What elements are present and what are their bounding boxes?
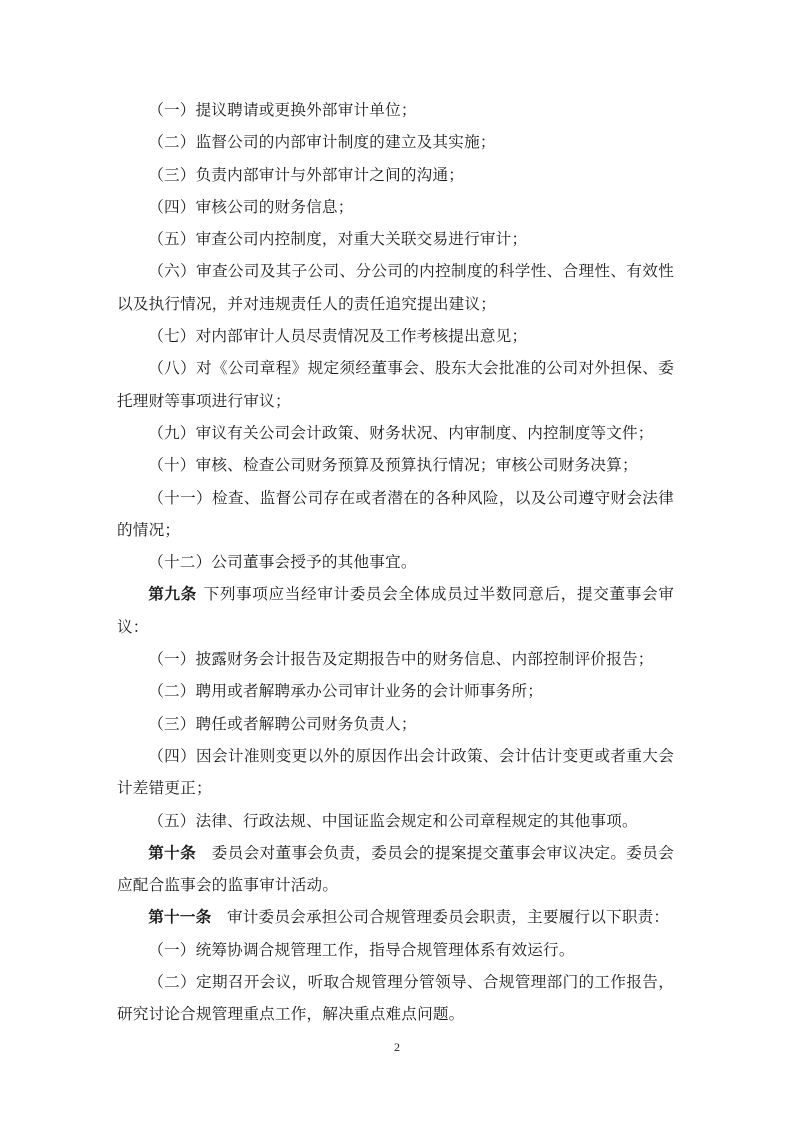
paragraph-text: 审计委员会承担公司合规管理委员会职责，主要履行以下职责： [227, 908, 669, 926]
list-item-4: （四）因会计准则变更以外的原因作出会计政策、会计估计变更或者重大会计差错更正； [117, 740, 674, 805]
paragraph-text: （二）监督公司的内部审计制度的建立及其实施； [148, 133, 495, 151]
paragraph-text: （三）负责内部审计与外部审计之间的沟通； [148, 166, 464, 184]
article-heading: 第十一条 [148, 908, 211, 926]
paragraph-text: （一）披露财务会计报告及定期报告中的财务信息、内部控制评价报告； [148, 650, 653, 668]
paragraph-text: （四）因会计准则变更以外的原因作出会计政策、会计估计变更或者重大会计差错更正； [117, 747, 674, 797]
list-item-4: （四）审核公司的财务信息； [117, 191, 674, 223]
list-item-8: （八）对《公司章程》规定须经董事会、股东大会批准的公司对外担保、委托理财等事项进… [117, 352, 674, 417]
page-number: 2 [0, 1040, 794, 1055]
paragraph-text: （十一）检查、监督公司存在或者潜在的各种风险，以及公司遵守财会法律的情况； [117, 489, 674, 539]
paragraph-text: 下列事项应当经审计委员会全体成员过半数同意后，提交董事会审议： [117, 585, 674, 635]
paragraph-text: （五）审查公司内控制度，对重大关联交易进行审计； [148, 230, 527, 248]
article-10: 第十条委员会对董事会负责，委员会的提案提交董事会审议决定。委员会应配合监事会的监… [117, 837, 674, 902]
list-item-5: （五）审查公司内控制度，对重大关联交易进行审计； [117, 223, 674, 255]
list-item-3: （三）负责内部审计与外部审计之间的沟通； [117, 159, 674, 191]
paragraph-text: （九）审议有关公司会计政策、财务状况、内审制度、内控制度等文件； [148, 424, 653, 442]
paragraph-text: （五）法律、行政法规、中国证监会规定和公司章程规定的其他事项。 [148, 812, 638, 830]
paragraph-text: （四）审核公司的财务信息； [148, 198, 353, 216]
list-item-11: （十一）检查、监督公司存在或者潜在的各种风险，以及公司遵守财会法律的情况； [117, 482, 674, 547]
paragraph-text: （三）聘任或者解聘公司财务负责人； [148, 715, 417, 733]
list-item-6: （六）审查公司及其子公司、分公司的内控制度的科学性、合理性、有效性以及执行情况，… [117, 255, 674, 320]
paragraph-text: （二）定期召开会议，听取合规管理分管领导、合规管理部门的工作报告，研究讨论合规管… [117, 973, 674, 1023]
paragraph-text: （八）对《公司章程》规定须经董事会、股东大会批准的公司对外担保、委托理财等事项进… [117, 359, 674, 409]
paragraph-text: 委员会对董事会负责，委员会的提案提交董事会审议决定。委员会应配合监事会的监事审计… [117, 844, 674, 894]
list-item-1: （一）统筹协调合规管理工作，指导合规管理体系有效运行。 [117, 934, 674, 966]
paragraph-text: （七）对内部审计人员尽责情况及工作考核提出意见； [148, 327, 527, 345]
list-item-12: （十二）公司董事会授予的其他事宜。 [117, 546, 674, 578]
list-item-10: （十）审核、检查公司财务预算及预算执行情况；审核公司财务决算； [117, 449, 674, 481]
list-item-2: （二）监督公司的内部审计制度的建立及其实施； [117, 126, 674, 158]
article-9: 第九条下列事项应当经审计委员会全体成员过半数同意后，提交董事会审议： [117, 578, 674, 643]
list-item-1: （一）提议聘请或更换外部审计单位； [117, 94, 674, 126]
paragraph-text: （十）审核、检查公司财务预算及预算执行情况；审核公司财务决算； [148, 456, 638, 474]
article-heading: 第九条 [148, 585, 197, 603]
list-item-7: （七）对内部审计人员尽责情况及工作考核提出意见； [117, 320, 674, 352]
list-item-3: （三）聘任或者解聘公司财务负责人； [117, 708, 674, 740]
paragraph-text: （二）聘用或者解聘承办公司审计业务的会计师事务所； [148, 682, 543, 700]
list-item-5: （五）法律、行政法规、中国证监会规定和公司章程规定的其他事项。 [117, 805, 674, 837]
list-item-1: （一）披露财务会计报告及定期报告中的财务信息、内部控制评价报告； [117, 643, 674, 675]
article-heading: 第十条 [148, 844, 196, 862]
paragraph-text: （一）统筹协调合规管理工作，指导合规管理体系有效运行。 [148, 941, 574, 959]
list-item-9: （九）审议有关公司会计政策、财务状况、内审制度、内控制度等文件； [117, 417, 674, 449]
paragraph-text: （十二）公司董事会授予的其他事宜。 [148, 553, 417, 571]
list-item-2: （二）定期召开会议，听取合规管理分管领导、合规管理部门的工作报告，研究讨论合规管… [117, 966, 674, 1031]
paragraph-text: （六）审查公司及其子公司、分公司的内控制度的科学性、合理性、有效性以及执行情况，… [117, 262, 674, 312]
paragraph-text: （一）提议聘请或更换外部审计单位； [148, 101, 417, 119]
article-11: 第十一条审计委员会承担公司合规管理委员会职责，主要履行以下职责： [117, 901, 674, 933]
document-body: （一）提议聘请或更换外部审计单位； （二）监督公司的内部审计制度的建立及其实施；… [117, 94, 674, 1031]
list-item-2: （二）聘用或者解聘承办公司审计业务的会计师事务所； [117, 675, 674, 707]
